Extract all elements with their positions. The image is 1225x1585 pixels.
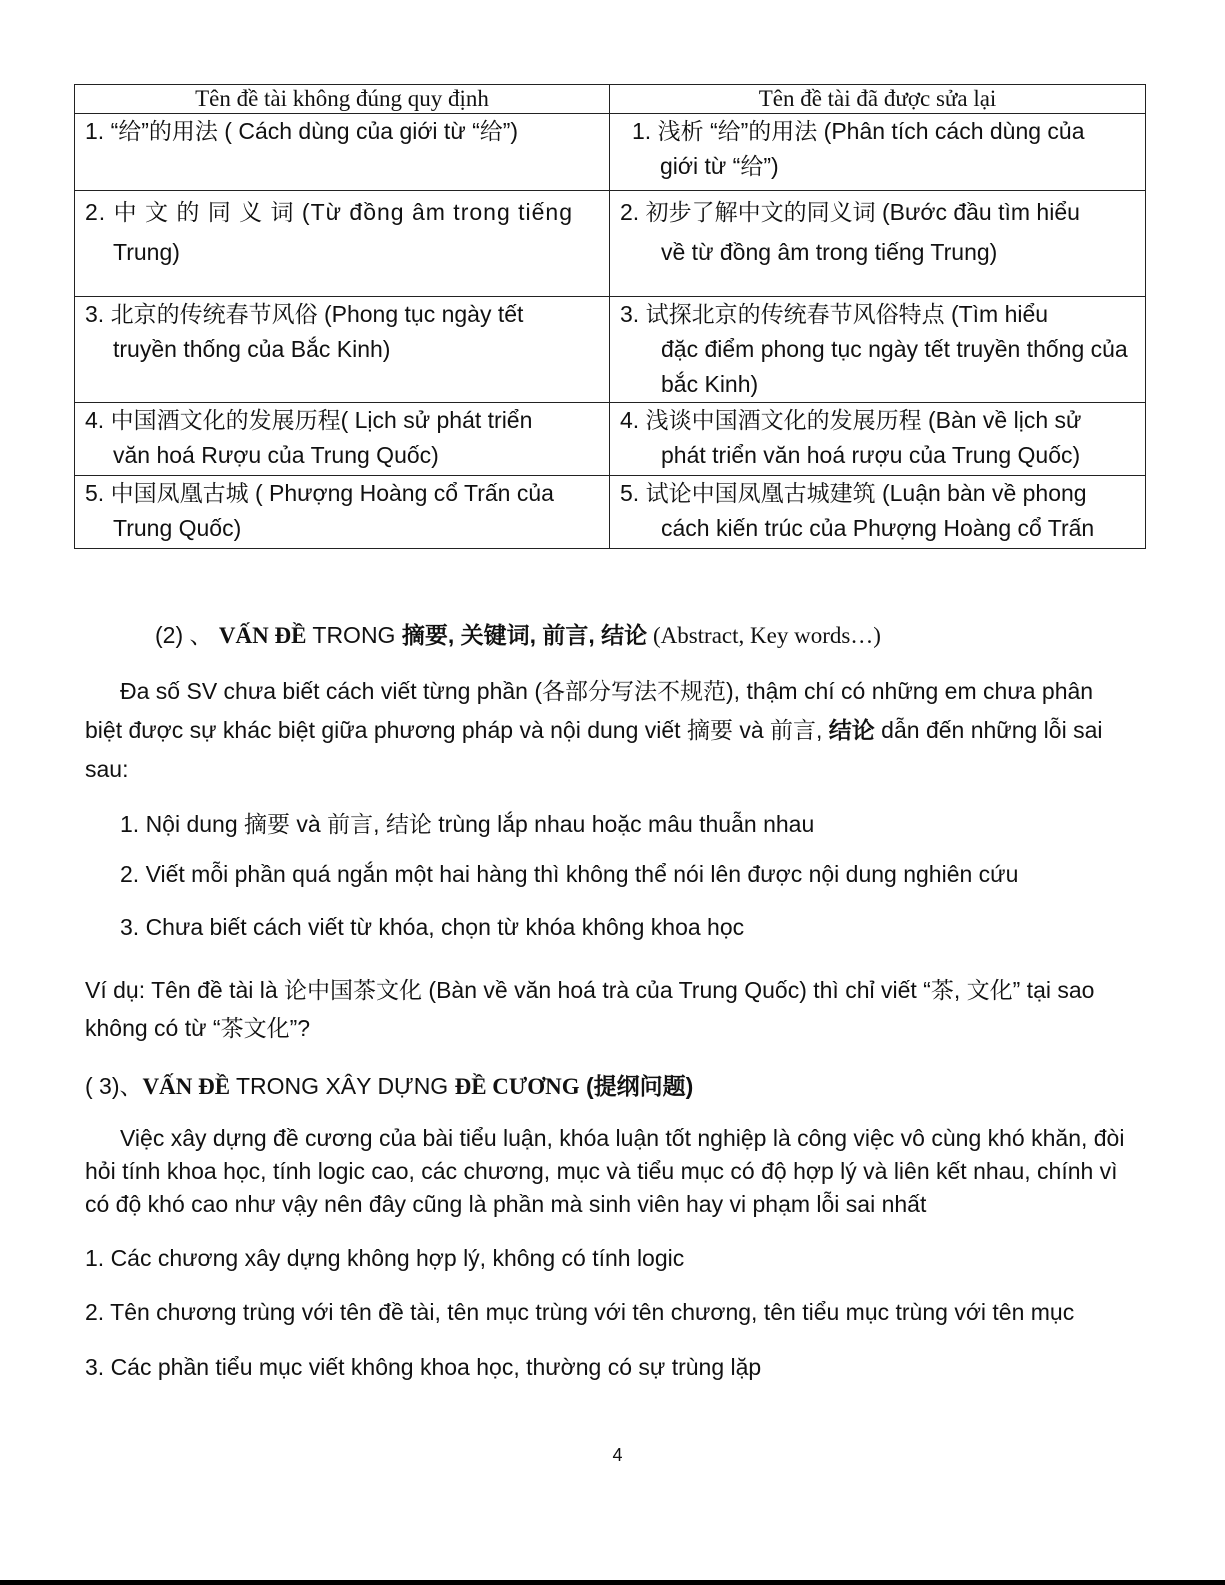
wrong-title-cell: 4. 中国酒文化的发展历程( Lịch sử phát triển văn ho…: [75, 403, 610, 476]
section-2-paragraph-line-3: sau:: [85, 756, 1190, 783]
header-corrected-titles: Tên đề tài đã được sửa lại: [610, 85, 1146, 114]
page-number: 4: [0, 1445, 1225, 1466]
example-line-2: không có từ “茶文化”?: [85, 1010, 1190, 1043]
fixed-title-cell: 3. 试探北京的传统春节风俗特点 (Tìm hiểu đặc điểm phon…: [610, 297, 1146, 403]
list-item: 1. Các chương xây dựng không hợp lý, khô…: [85, 1245, 684, 1272]
section-2-heading: (2) 、 VẤN ĐỀ TRONG 摘要, 关键词, 前言, 结论 (Abst…: [155, 617, 881, 650]
list-item: 3. Các phần tiểu mục viết không khoa học…: [85, 1354, 761, 1381]
list-item: 2. Viết mỗi phần quá ngắn một hai hàng t…: [120, 861, 1018, 888]
example-line-1: Ví dụ: Tên đề tài là 论中国茶文化 (Bàn về văn …: [85, 972, 1190, 1005]
wrong-title-cell: 2. 中 文 的 同 义 词 (Từ đồng âm trong tiếng T…: [75, 191, 610, 297]
fixed-title-cell: 1. 浅析 “给”的用法 (Phân tích cách dùng của gi…: [610, 114, 1146, 191]
topic-title-comparison-table: Tên đề tài không đúng quy định Tên đề tà…: [74, 84, 1146, 549]
document-page: Tên đề tài không đúng quy định Tên đề tà…: [0, 0, 1225, 1585]
section-3-heading: ( 3)、VẤN ĐỀ TRONG XÂY DỰNG ĐỀ CƯƠNG (提纲问…: [85, 1068, 693, 1101]
list-item: 2. Tên chương trùng với tên đề tài, tên …: [85, 1299, 1074, 1326]
wrong-title-cell: 5. 中国凤凰古城 ( Phượng Hoàng cổ Trấn của Tru…: [75, 476, 610, 549]
table-row: 4. 中国酒文化的发展历程( Lịch sử phát triển văn ho…: [75, 403, 1146, 476]
table-header-row: Tên đề tài không đúng quy định Tên đề tà…: [75, 85, 1146, 114]
list-item: 3. Chưa biết cách viết từ khóa, chọn từ …: [120, 914, 744, 941]
fixed-title-cell: 2. 初步了解中文的同义词 (Bước đầu tìm hiểu về từ đ…: [610, 191, 1146, 297]
header-wrong-titles: Tên đề tài không đúng quy định: [75, 85, 610, 114]
list-item: 1. Nội dung 摘要 và 前言, 结论 trùng lắp nhau …: [120, 806, 814, 839]
table-row: 2. 中 文 的 同 义 词 (Từ đồng âm trong tiếng T…: [75, 191, 1146, 297]
fixed-title-cell: 5. 试论中国凤凰古城建筑 (Luận bàn về phong cách ki…: [610, 476, 1146, 549]
table-row: 1. “给”的用法 ( Cách dùng của giới từ “给”) 1…: [75, 114, 1146, 191]
wrong-title-cell: 1. “给”的用法 ( Cách dùng của giới từ “给”): [75, 114, 610, 191]
section-3-paragraph-line-2: hỏi tính khoa học, tính logic cao, các c…: [85, 1158, 1190, 1185]
fixed-title-cell: 4. 浅谈中国酒文化的发展历程 (Bàn về lịch sử phát tri…: [610, 403, 1146, 476]
section-3-paragraph-line-1: Việc xây dựng đề cương của bài tiểu luận…: [120, 1125, 1225, 1152]
section-2-paragraph-line-1: Đa số SV chưa biết cách viết từng phần (…: [120, 673, 1225, 706]
page-bottom-border: [0, 1580, 1225, 1585]
table-row: 3. 北京的传统春节风俗 (Phong tục ngày tết truyền …: [75, 297, 1146, 403]
wrong-title-cell: 3. 北京的传统春节风俗 (Phong tục ngày tết truyền …: [75, 297, 610, 403]
section-3-paragraph-line-3: có độ khó cao như vậy nên đây cũng là ph…: [85, 1191, 1190, 1218]
table-row: 5. 中国凤凰古城 ( Phượng Hoàng cổ Trấn của Tru…: [75, 476, 1146, 549]
section-2-paragraph-line-2: biệt được sự khác biệt giữa phương pháp …: [85, 712, 1190, 745]
